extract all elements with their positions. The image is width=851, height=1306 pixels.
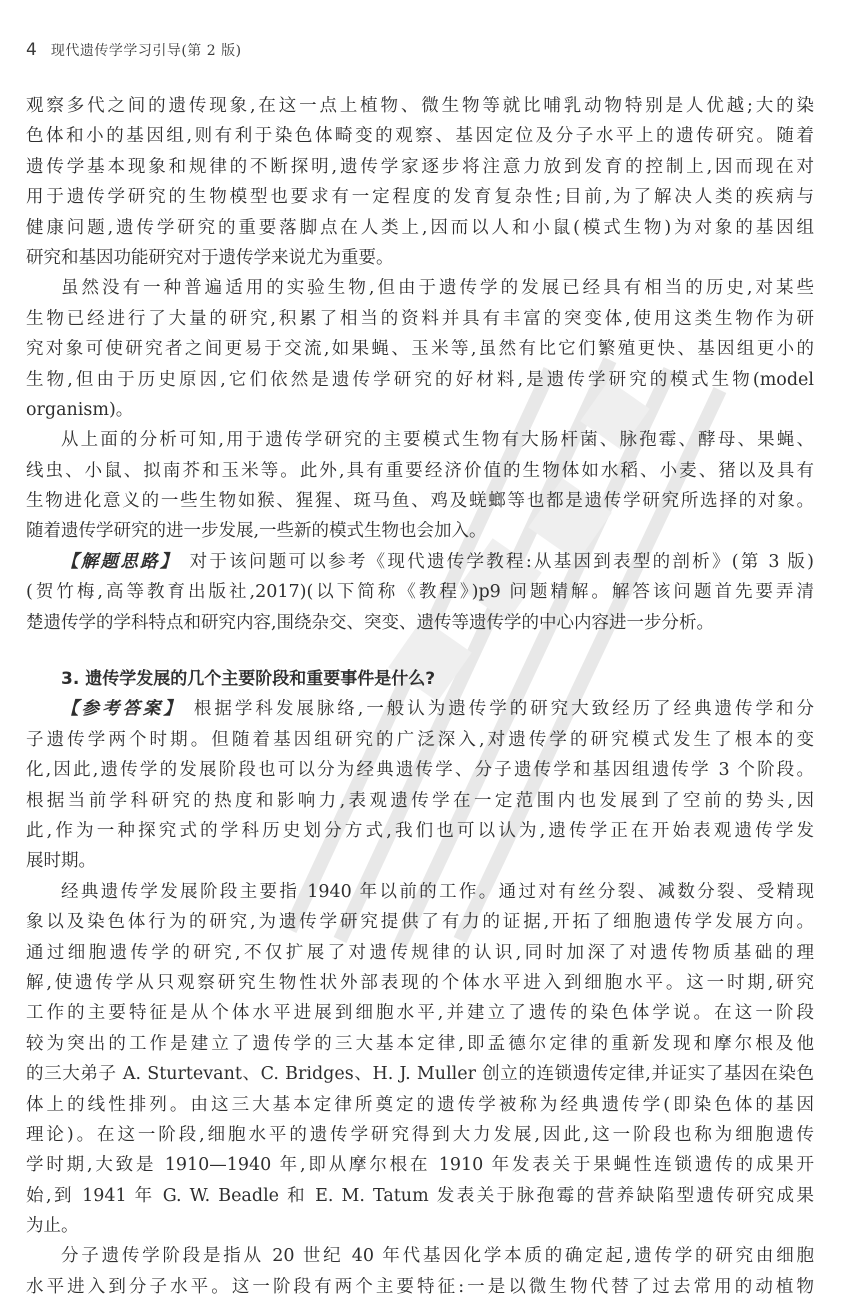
reference-answer-label: 【参考答案】 [61,699,184,719]
text-line: 线虫、小鼠、拟南芥和玉米等。此外,具有重要经济价值的生物体如水稻、小麦、猪以及具… [26,456,814,486]
text-line: 体上的线性排列。由这三大基本定律所奠定的遗传学被称为经典遗传学(即染色体的基因 [26,1090,814,1120]
paragraph: 虽然没有一种普遍适用的实验生物,但由于遗传学的发展已经具有相当的历史,对某些 生… [26,273,814,425]
text-line: 生物,但由于历史原因,它们依然是遗传学研究的好材料,是遗传学研究的模式生物(mo… [26,365,814,395]
text-line: 经典遗传学发展阶段主要指 1940 年以前的工作。通过对有丝分裂、减数分裂、受精… [26,877,814,907]
text-line: 展时期。 [26,846,814,876]
text-line: 通过细胞遗传学的研究,不仅扩展了对遗传规律的认识,同时加深了对遗传物质基础的理 [26,938,814,968]
text-line: 分子遗传学阶段是指从 20 世纪 40 年代基因化学本质的确定起,遗传学的研究由… [26,1241,814,1271]
text-line: 始,到 1941 年 G. W. Beadle 和 E. M. Tatum 发表… [26,1181,814,1211]
text-line: 此,作为一种探究式的学科历史划分方式,我们也可以认为,遗传学正在开始表观遗传学发 [26,816,814,846]
book-title: 现代遗传学学习引导(第 2 版) [51,40,242,60]
text-line: 较为突出的工作是建立了遗传学的三大基本定律,即孟德尔定律的重新发现和摩尔根及他 [26,1029,814,1059]
text-line: 理论)。在这一阶段,细胞水平的遗传学研究得到大力发展,因此,这一阶段也称为细胞遗… [26,1120,814,1150]
solution-hint: 【解题思路】对于该问题可以参考《现代遗传学教程:从基因到表型的剖析》(第 3 版… [26,547,814,638]
text-line: 水平进入到分子水平。这一阶段有两个主要特征:一是以微生物代替了过去常用的动植物 [26,1272,814,1302]
question-text: 遗传学发展的几个主要阶段和重要事件是什么? [85,669,435,689]
text-line: 色体和小的基因组,则有利于染色体畸变的观察、基因定位及分子水平上的遗传研究。随着 [26,121,814,151]
spacer [26,638,814,664]
text-line: 工作的主要特征是从个体水平进展到细胞水平,并建立了遗传的染色体学说。在这一阶段 [26,998,814,1028]
text-line: 研究和基因功能研究对于遗传学来说尤为重要。 [26,243,814,273]
text-line: 根据当前学科研究的热度和影响力,表观遗传学在一定范围内也发展到了空前的势头,因 [26,786,814,816]
solution-hint-text: 对于该问题可以参考《现代遗传学教程:从基因到表型的剖析》(第 3 版) [190,552,814,572]
running-head: 4 现代遗传学学习引导(第 2 版) [26,40,242,60]
text-line: 究对象可使研究者之间更易于交流,如果蝇、玉米等,虽然有比它们繁殖更快、基因组更小… [26,334,814,364]
text-line: 楚遗传学的学科特点和研究内容,围绕杂交、突变、遗传等遗传学的中心内容进一步分析。 [26,608,814,638]
text-line: (贺竹梅,高等教育出版社,2017)(以下简称《教程》)p9 问题精解。解答该问… [26,577,814,607]
text-line: 生物进化意义的一些生物如猴、猩猩、斑马鱼、鸡及蜣螂等也都是遗传学研究所选择的对象… [26,486,814,516]
text-line: 遗传学基本现象和规律的不断探明,遗传学家逐步将注意力放到发育的控制上,因而现在对 [26,152,814,182]
text-line: 的三大弟子 A. Sturtevant、C. Bridges、H. J. Mul… [26,1059,814,1089]
question-number: 3. [61,669,79,689]
text-line: 子遗传学两个时期。但随着基因组研究的广泛深入,对遗传学的研究模式发生了根本的变 [26,725,814,755]
paragraph: 观察多代之间的遗传现象,在这一点上植物、微生物等就比哺乳动物特别是人优越;大的染… [26,91,814,273]
text-line: 生物已经进行了大量的研究,积累了相当的资料并具有丰富的突变体,使用这类生物作为研 [26,304,814,334]
text-line: 象以及染色体行为的研究,为遗传学研究提供了有力的证据,开拓了细胞遗传学发展方向。 [26,907,814,937]
text-line: 虽然没有一种普遍适用的实验生物,但由于遗传学的发展已经具有相当的历史,对某些 [26,273,814,303]
solution-hint-label: 【解题思路】 [61,552,180,572]
reference-answer-text: 根据学科发展脉络,一般认为遗传学的研究大致经历了经典遗传学和分 [194,699,814,719]
text-line: 观察多代之间的遗传现象,在这一点上植物、微生物等就比哺乳动物特别是人优越;大的染 [26,91,814,121]
text-line: 为止。 [26,1211,814,1241]
question-heading: 3. 遗传学发展的几个主要阶段和重要事件是什么? [26,664,814,694]
text-line: 【解题思路】对于该问题可以参考《现代遗传学教程:从基因到表型的剖析》(第 3 版… [26,547,814,577]
page-number: 4 [26,40,37,60]
text-line: 解,使遗传学从只观察研究生物性状外部表现的个体水平进入到细胞水平。这一时期,研究 [26,968,814,998]
text-line: organism)。 [26,395,814,425]
text-line: 【参考答案】根据学科发展脉络,一般认为遗传学的研究大致经历了经典遗传学和分 [26,694,814,724]
reference-answer: 【参考答案】根据学科发展脉络,一般认为遗传学的研究大致经历了经典遗传学和分 子遗… [26,694,814,1302]
text-line: 随着遗传学研究的进一步发展,一些新的模式生物也会加入。 [26,516,814,546]
page-body: 观察多代之间的遗传现象,在这一点上植物、微生物等就比哺乳动物特别是人优越;大的染… [26,91,814,1302]
text-line: 化,因此,遗传学的发展阶段也可以分为经典遗传学、分子遗传学和基因组遗传学 3 个… [26,755,814,785]
text-line: 学时期,大致是 1910—1940 年,即从摩尔根在 1910 年发表关于果蝇性… [26,1150,814,1180]
text-line: 健康问题,遗传学研究的重要落脚点在人类上,因而以人和小鼠(模式生物)为对象的基因… [26,213,814,243]
text-line: 从上面的分析可知,用于遗传学研究的主要模式生物有大肠杆菌、脉孢霉、酵母、果蝇、 [26,425,814,455]
paragraph: 从上面的分析可知,用于遗传学研究的主要模式生物有大肠杆菌、脉孢霉、酵母、果蝇、 … [26,425,814,547]
text-line: 用于遗传学研究的生物模型也要求有一定程度的发育复杂性;目前,为了解决人类的疾病与 [26,182,814,212]
